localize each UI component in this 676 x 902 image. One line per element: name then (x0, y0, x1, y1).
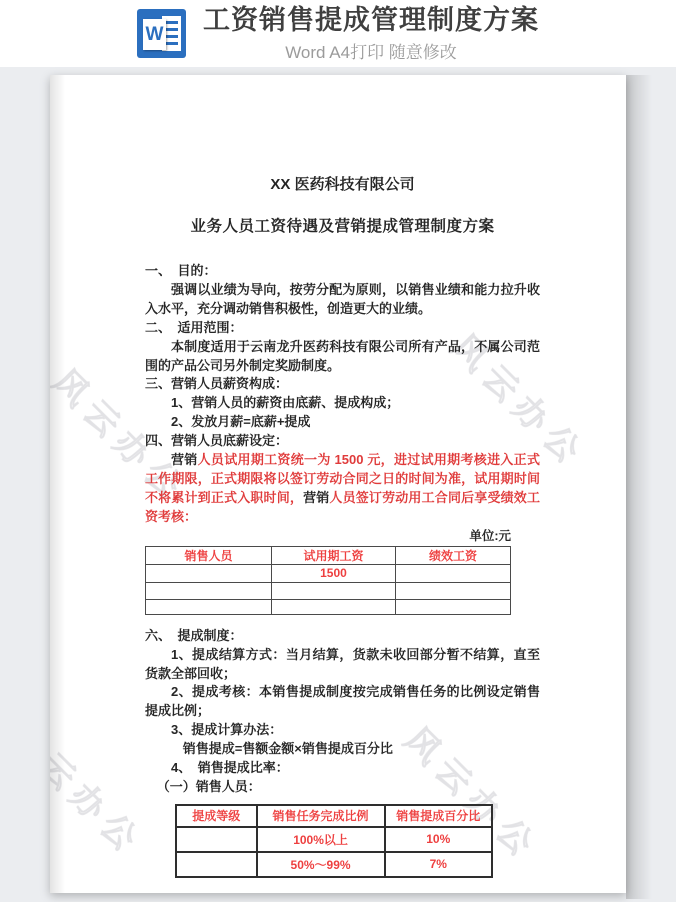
commission-cell (176, 852, 257, 877)
section4-seg3: 营销 (303, 490, 329, 505)
table-header-row: 销售人员 试用期工资 绩效工资 (146, 546, 511, 564)
section6-sub1: （一）销售人员： (145, 778, 540, 797)
section6-item2: 2、提成考核：本销售提成制度按完成销售任务的比例设定销售提成比例； (145, 683, 540, 721)
salary-cell (146, 599, 272, 614)
salary-cell (146, 582, 272, 599)
salary-col-header: 销售人员 (146, 546, 272, 564)
commission-table: 提成等级 销售任务完成比例 销售提成百分比 100%以上 10% 50%～99%… (175, 804, 493, 878)
table-header-row: 提成等级 销售任务完成比例 销售提成百分比 (176, 805, 492, 827)
section6-item1: 1、提成结算方式：当月结算，货款未收回部分暂不结算，直至货款全部回收； (145, 646, 540, 684)
section4-body: 营销人员试用期工资统一为 1500 元，进过试用期考核进入正式工作期限，正式期限… (145, 451, 540, 527)
table-row (146, 599, 511, 614)
commission-cell: 50%～99% (257, 852, 385, 877)
preview-background: 风云办公 风云办公 风云办公 风云办公 XX 医药科技有限公司 业务人员工资待遇… (0, 67, 676, 902)
salary-cell (396, 599, 511, 614)
page-edge-shadow (626, 75, 652, 899)
table-row: 50%～99% 7% (176, 852, 492, 877)
unit-label: 单位:元 (145, 528, 511, 545)
section3-item2: 2、发放月薪=底薪+提成 (145, 413, 540, 432)
company-title: XX 医药科技有限公司 (145, 175, 540, 194)
table-row: 1500 (146, 564, 511, 582)
section3-heading: 三、营销人员薪资构成： (145, 375, 540, 394)
page-subtitle: Word A4打印 随意修改 (203, 38, 539, 63)
section2-heading: 二、 适用范围： (145, 319, 540, 338)
salary-col-header: 试用期工资 (271, 546, 395, 564)
preview-header: W 工资销售提成管理制度方案 Word A4打印 随意修改 (0, 0, 676, 67)
section3-item1: 1、营销人员的薪资由底薪、提成构成； (145, 394, 540, 413)
commission-cell: 10% (385, 827, 492, 852)
commission-cell: 7% (385, 852, 492, 877)
word-logo-icon: W (137, 9, 186, 58)
section6-item3: 3、提成计算办法： (145, 721, 540, 740)
section6-formula: 销售提成=售额金额×销售提成百分比 (145, 740, 540, 759)
section2-body: 本制度适用于云南龙升医药科技有限公司所有产品，不属公司范围的产品公司另外制定奖励… (145, 338, 540, 376)
salary-col-header: 绩效工资 (396, 546, 511, 564)
section1-heading: 一、 目的： (145, 262, 540, 281)
salary-cell (396, 564, 511, 582)
section4-heading: 四、营销人员底薪设定： (145, 432, 540, 451)
salary-cell: 1500 (271, 564, 395, 582)
commission-col-header: 销售提成百分比 (385, 805, 492, 827)
word-letter: W (146, 25, 164, 44)
page-title: 工资销售提成管理制度方案 (203, 4, 539, 36)
table-row: 100%以上 10% (176, 827, 492, 852)
document-page[interactable]: 风云办公 风云办公 风云办公 风云办公 XX 医药科技有限公司 业务人员工资待遇… (50, 75, 626, 893)
table-row (146, 582, 511, 599)
screen: W 工资销售提成管理制度方案 Word A4打印 随意修改 风云办公 风云办公 … (0, 0, 676, 902)
document-body: XX 医药科技有限公司 业务人员工资待遇及营销提成管理制度方案 一、 目的： 强… (50, 75, 626, 878)
salary-cell (271, 582, 395, 599)
word-front-sheet: W (143, 19, 166, 50)
commission-cell: 100%以上 (257, 827, 385, 852)
salary-cell (146, 564, 272, 582)
salary-table: 销售人员 试用期工资 绩效工资 1500 (145, 546, 511, 615)
commission-col-header: 销售任务完成比例 (257, 805, 385, 827)
section6-item4: 4、 销售提成比率： (145, 759, 540, 778)
section1-body: 强调以业绩为导向，按劳分配为原则，以销售业绩和能力拉升收入水平，充分调动销售积极… (145, 281, 540, 319)
salary-cell (396, 582, 511, 599)
commission-col-header: 提成等级 (176, 805, 257, 827)
commission-cell (176, 827, 257, 852)
document-title: 业务人员工资待遇及营销提成管理制度方案 (145, 217, 540, 236)
salary-cell (271, 599, 395, 614)
section4-seg1: 营销 (171, 452, 198, 467)
section6-heading: 六、 提成制度： (145, 627, 540, 646)
